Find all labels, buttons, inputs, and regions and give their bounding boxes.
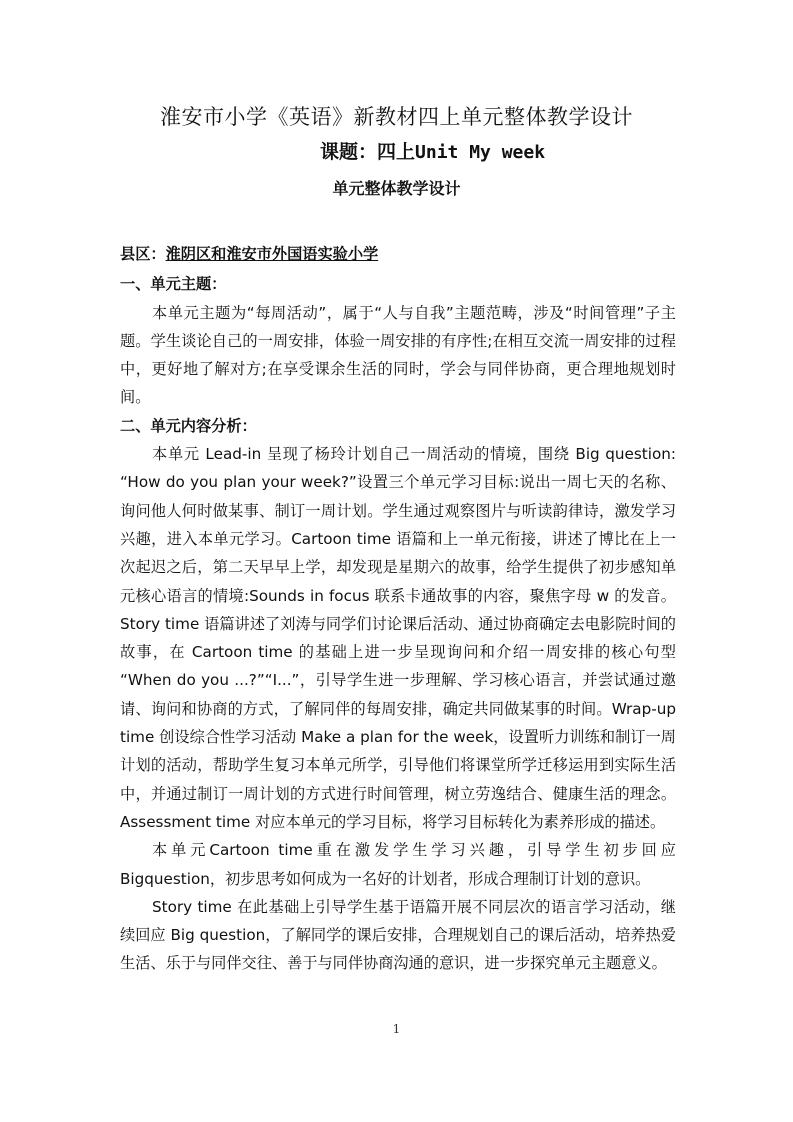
- paragraph: Story time 在此基础上引导学生基于语篇开展不同层次的语言学习活动，继续…: [120, 893, 676, 978]
- county-line: 县区：淮阴区和淮安市外国语实验小学: [120, 240, 676, 268]
- document-subheading: 单元整体教学设计: [0, 176, 793, 199]
- section-content-analysis: 二、单元内容分析： 本单元 Lead-in 呈现了杨玲计划自己一周活动的情境，围…: [120, 412, 676, 978]
- document-title: 淮安市小学《英语》新教材四上单元整体教学设计: [0, 101, 793, 131]
- lesson-topic: 课题：四上Unit My week: [320, 137, 545, 164]
- paragraph: 本单元Cartoon time重在激发学生学习兴趣，引导学生初步回应 Bigqu…: [120, 836, 676, 893]
- lesson-topic-prefix: 课题：四上: [320, 141, 415, 163]
- section-unit-theme: 一、单元主题： 本单元主题为“每周活动”，属于“人与自我”主题范畴，涉及“时间管…: [120, 270, 676, 411]
- page-number: 1: [0, 1022, 793, 1036]
- section-heading: 二、单元内容分析：: [120, 412, 676, 440]
- lesson-topic-unit: Unit My week: [415, 142, 545, 163]
- document-body: 县区：淮阴区和淮安市外国语实验小学 一、单元主题： 本单元主题为“每周活动”，属…: [120, 240, 676, 978]
- county-value: 淮阴区和淮安市外国语实验小学: [166, 245, 379, 263]
- county-label: 县区：: [120, 245, 166, 263]
- section-heading: 一、单元主题：: [120, 270, 676, 298]
- paragraph: 本单元主题为“每周活动”，属于“人与自我”主题范畴，涉及“时间管理”子主题。学生…: [120, 299, 676, 412]
- paragraph: 本单元 Lead-in 呈现了杨玲计划自己一周活动的情境，围绕 Big ques…: [120, 440, 676, 836]
